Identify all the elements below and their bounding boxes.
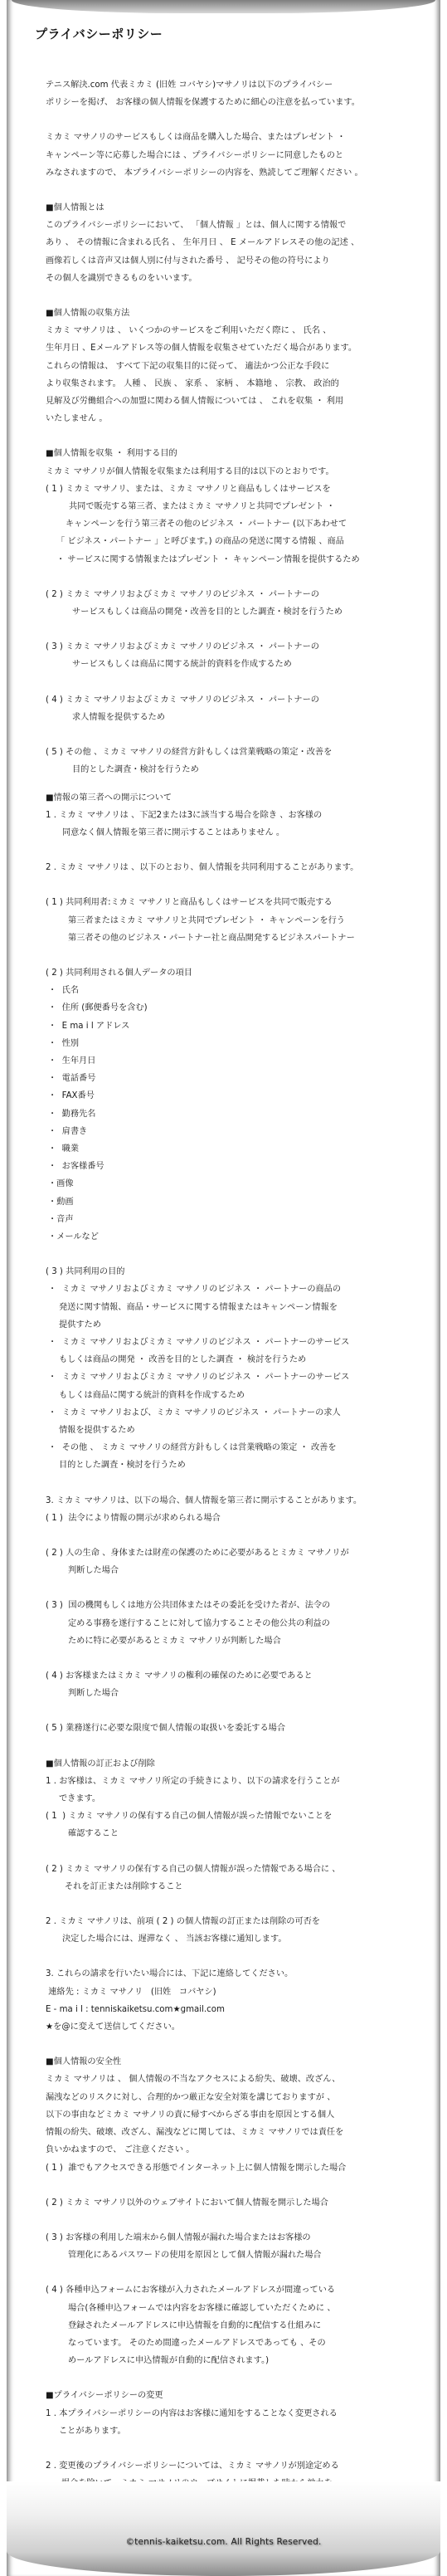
joint-users: ( 1 ) 共同利用者:ミカミ マサノリと商品もしくはサービスを共同で販売する bbox=[46, 894, 427, 911]
security-case-cont: 場合(各種申込フォームでは内容をお客様に確認していただくために 、 bbox=[46, 2300, 427, 2317]
section-heading: ■個人情報の安全性 bbox=[46, 2053, 427, 2071]
section-heading: ■個人情報を収集 ・ 利用する目的 bbox=[46, 445, 427, 462]
data-items-heading: ( 2 ) 共同利用される個人データの項目 bbox=[46, 964, 427, 982]
section-line: 情報の紛失、破壊、改ざん、漏洩などに関しては、ミカミ マサノリでは責任を bbox=[46, 2124, 427, 2141]
disclosure-item: 1 . ミカミ マサノリは 、下記2または3に該当する場合を除き 、お客様の bbox=[46, 807, 427, 824]
security-case: ( 1 ) 誰でもアクセスできる形態でインターネット上に個人情報を開示した場合 bbox=[46, 2159, 427, 2177]
joint-purpose-cont: もしくは商品の開発 ・ 改善を目的とした調査 ・ 検討を行うため bbox=[46, 1351, 427, 1368]
data-item: ・ 電話番号 bbox=[46, 1070, 427, 1087]
section-line: あり 、 その情報に含まれる氏名 、 生年月日 、 E メールアドレスその他の記… bbox=[46, 234, 427, 251]
section-line: このプライバシーポリシーにおいて、 「個人情報 」とは、個人に関する情報で bbox=[46, 217, 427, 234]
section-line: 画像若しくは音声又は個人別に付与された番号 、 記号その他の符号により bbox=[46, 252, 427, 270]
purpose-item-cont: サービスもしくは商品に関する統計的資料を作成するため bbox=[46, 656, 427, 673]
security-case: ( 4 ) 各種申込フォームにお客様が入力されたメールアドレスが間違っている bbox=[46, 2281, 427, 2299]
disclosure-item: 2 . ミカミ マサノリは 、以下のとおり、個人情報を共同利用することがあります… bbox=[46, 859, 427, 876]
section-line: これらの情報は、 すべて下記の収集目的に従って、 適法かつ公正な手段に bbox=[46, 358, 427, 375]
correction-request-cont: 確認すること bbox=[46, 1825, 427, 1842]
section-heading: ■個人情報とは bbox=[46, 199, 427, 217]
purpose-item: ( 1 ) ミカミ マサノリ、または、ミカミ マサノリと商品もしくはサービスを bbox=[46, 481, 427, 498]
disclosure-case: ( 1 ) 法令により情報の開示が求められる場合 bbox=[46, 1510, 427, 1527]
intro-line: ミカミ マサノリのサービスもしくは商品を購入した場合、またはプレゼント ・ bbox=[46, 129, 427, 146]
section-security: ■個人情報の安全性 ミカミ マサノリは 、 個人情報の不当なアクセスによる紛失、… bbox=[46, 2053, 427, 2369]
joint-purpose-cont: 情報を提供するため bbox=[46, 1422, 427, 1439]
correction-item-cont: 決定した場合には、遅滞なく 、 当該お客様に通知します。 bbox=[46, 1930, 427, 1948]
purpose-item-cont: 「 ビジネス・パートナー 」と呼びます。) の商品の発送に関する情報 、商品 bbox=[46, 533, 427, 550]
section-line: 見解及び労働組合への加盟に関わる個人情報については 、 これを収集 ・ 利用 bbox=[46, 393, 427, 410]
section-heading: ■プライバシーポリシーの変更 bbox=[46, 2387, 427, 2404]
changes-item-cont: ことがあります。 bbox=[46, 2422, 427, 2440]
section-line: より収集されます。 人種 、 民族 、 家系 、 家柄 、 本籍地 、 宗教、 … bbox=[46, 375, 427, 393]
data-item: ・動画 bbox=[46, 1193, 427, 1211]
purpose-item: ( 5 ) その他 、ミカミ マサノリの経営方針もしくは営業戦略の策定・改善を bbox=[46, 744, 427, 761]
data-item: ・ E ma i l アドレス bbox=[46, 1017, 427, 1035]
data-item: ・ 職業 bbox=[46, 1140, 427, 1158]
joint-purpose-cont: 目的とした調査・検討を行うため bbox=[46, 1456, 427, 1474]
security-case: ( 3 ) お客様の利用した端末から個人情報が漏れた場合またはお客様の bbox=[46, 2229, 427, 2247]
section-line: 負いかねますので、 ご注意ください 。 bbox=[46, 2141, 427, 2159]
correction-request: ( 1 ) ミカミ マサノリの保有する自己の個人情報が誤った情報でないことを bbox=[46, 1808, 427, 1825]
security-case-cont: 登録されたメールアドレスに申込情報を自動的に配信する仕組みに bbox=[46, 2317, 427, 2334]
contact-email-note: ★を@に変えて送信してください。 bbox=[46, 2018, 427, 2036]
intro-line: キャンペーン等に応募した場合には 、プライバシーポリシーに同意したものと bbox=[46, 147, 427, 164]
section-heading: ■情報の第三者への開示について bbox=[46, 789, 427, 807]
contact-email[interactable]: E - ma i l : tenniskaiketsu.com★gmail.co… bbox=[46, 2001, 427, 2018]
disclosure-case: ( 2 ) 人の生命 、身体または財産の保護のために必要があるとミカミ マサノリ… bbox=[46, 1544, 427, 1562]
joint-users-cont: 第三者またはミカミ マサノリと共同でプレゼント ・ キャンペーンを行う bbox=[46, 912, 427, 929]
section-line: ミカミ マサノリが個人情報を収集または利用する目的は以下のとおりです。 bbox=[46, 463, 427, 481]
section-line: 生年月日 、Eメールアドレス等の個人情報を収集させていただく場合があります。 bbox=[46, 339, 427, 357]
joint-purpose-heading: ( 3 ) 共同利用の目的 bbox=[46, 1263, 427, 1281]
data-item: ・ 肩書き bbox=[46, 1123, 427, 1140]
purpose-item-cont: ・ サービスに関する情報またはプレゼント ・ キャンペーン情報を提供するため bbox=[46, 551, 427, 568]
correction-item: 1 . お客様は、ミカミ マサノリ所定の手続きにより、以下の請求を行うことが bbox=[46, 1773, 427, 1790]
disclosure-case-cont: 定める事務を遂行することに対して協力することその他公共の利益の bbox=[46, 1615, 427, 1632]
disclosure-item-cont: 同意なく個人情報を第三者に開示することはありません 。 bbox=[46, 824, 427, 842]
security-case-cont: なっています。 そのため間違ったメールアドレスであっても 、その bbox=[46, 2334, 427, 2352]
section-line: ミカミ マサノリは 、 いくつかのサービスをご利用いただく際に 、 氏名 、 bbox=[46, 322, 427, 339]
disclosure-case: ( 4 ) お客様またはミカミ マサノリの権利の確保のために必要であると bbox=[46, 1667, 427, 1685]
footer-band bbox=[7, 2481, 440, 2576]
section-heading: ■個人情報の訂正および削除 bbox=[46, 1755, 427, 1773]
section-line: 以下の事由などミカミ マサノリの責に帰すべからざる事由を原因とする個人 bbox=[46, 2106, 427, 2124]
correction-item: 3. これらの請求を行いたい場合には、下記に連絡してください。 bbox=[46, 1965, 427, 1983]
purpose-item-cont: 求人情報を提供するため bbox=[46, 709, 427, 726]
section-line: 漏洩などのリスクに対し、合理的かつ厳正な安全対策を講じておりますが 、 bbox=[46, 2089, 427, 2106]
purpose-item: ( 4 ) ミカミ マサノリおよびミカミ マサノリのビジネス ・ パートナーの bbox=[46, 691, 427, 709]
section-definition: ■個人情報とは このプライバシーポリシーにおいて、 「個人情報 」とは、個人に関… bbox=[46, 199, 427, 287]
security-case-cont: 管理化にあるパスワードの使用を原因として個人情報が漏れた場合 bbox=[46, 2247, 427, 2264]
section-heading: ■個人情報の収集方法 bbox=[46, 305, 427, 322]
disclosure-case: ( 3 ) 国の機関もしくは地方公共団体またはその委託を受けた者が、法令の bbox=[46, 1597, 427, 1614]
disclosure-case: ( 5 ) 業務遂行に必要な限度で個人情報の取扱いを委託する場合 bbox=[46, 1720, 427, 1737]
purpose-item-cont: サービスもしくは商品の開発・改善を目的とした調査・検討を行うため bbox=[46, 603, 427, 621]
joint-purpose: ・ ミカミ マサノリおよびミカミ マサノリのビジネス ・ パートナーの商品の bbox=[46, 1281, 427, 1298]
data-item: ・ 性別 bbox=[46, 1035, 427, 1052]
policy-content: テニス解決.com 代表ミカミ (旧姓 コバヤシ)マサノリは以下のプライバシー … bbox=[46, 76, 427, 2510]
section-collection: ■個人情報の収集方法 ミカミ マサノリは 、 いくつかのサービスをご利用いただく… bbox=[46, 305, 427, 427]
correction-item-cont: できます。 bbox=[46, 1790, 427, 1808]
disclosure-case-cont: ために特に必要があるとミカミ マサノリが判断した場合 bbox=[46, 1632, 427, 1650]
joint-purpose-cont: もしくは商品に関する統計的資料を作成するため bbox=[46, 1387, 427, 1404]
joint-purpose: ・ ミカミ マサノリおよびミカミ マサノリのビジネス ・ パートナーのサービス bbox=[46, 1334, 427, 1351]
data-item: ・ お客様番号 bbox=[46, 1158, 427, 1175]
correction-request-cont: それを訂正または削除すること bbox=[46, 1878, 427, 1895]
joint-purpose: ・ ミカミ マサノリおよびミカミ マサノリのビジネス ・ パートナーのサービス bbox=[46, 1368, 427, 1386]
security-case-cont: めールアドレスに申込情報が自動的に配信されます。) bbox=[46, 2352, 427, 2369]
purpose-item-cont: 目的とした調査・検討を行うため bbox=[46, 761, 427, 778]
section-disclosure: ■情報の第三者への開示について 1 . ミカミ マサノリは 、下記2または3に該… bbox=[46, 789, 427, 1738]
joint-purpose: ・ その他 、 ミカミ マサノリの経営方針もしくは営業戦略の策定 ・ 改善を bbox=[46, 1439, 427, 1456]
security-case: ( 2 ) ミカミ マサノリ以外のウェブサイトにおいて個人情報を開示した場合 bbox=[46, 2194, 427, 2212]
contact-name: 連絡先 : ミカミ マサノリ (旧姓 コバヤシ) bbox=[46, 1983, 427, 2001]
purpose-item: ( 2 ) ミカミ マサノリおよびミカミ マサノリのビジネス ・ パートナーの bbox=[46, 586, 427, 603]
joint-users-cont: 第三者その他のビジネス・パートナー社と商品開発するビジネスパートナー bbox=[46, 929, 427, 947]
intro: テニス解決.com 代表ミカミ (旧姓 コバヤシ)マサノリは以下のプライバシー … bbox=[46, 76, 427, 182]
disclosure-item: 3. ミカミ マサノリは、以下の場合、個人情報を第三者に開示することがあります。 bbox=[46, 1492, 427, 1510]
purpose-item: ( 3 ) ミカミ マサノリおよびミカミ マサノリのビジネス ・ パートナーの bbox=[46, 638, 427, 656]
data-item: ・ 住所 (郵便番号を含む) bbox=[46, 999, 427, 1017]
data-item: ・ 氏名 bbox=[46, 982, 427, 999]
data-item: ・メールなど bbox=[46, 1228, 427, 1246]
intro-line: ポリシーを掲げ、 お客様の個人情報を保護するために細心の注意を払っています。 bbox=[46, 94, 427, 111]
changes-item: 2 . 変更後のプライバシーポリシーについては、ミカミ マサノリが別途定める bbox=[46, 2457, 427, 2475]
correction-request: ( 2 ) ミカミ マサノリの保有する自己の個人情報が誤った情報である場合に 、 bbox=[46, 1861, 427, 1878]
data-item: ・音声 bbox=[46, 1211, 427, 1228]
copyright: ©tennis-kaiketsu.com. All Rights Reserve… bbox=[0, 2537, 447, 2547]
data-item: ・ 勤務先名 bbox=[46, 1105, 427, 1123]
disclosure-case-cont: 判断した場合 bbox=[46, 1562, 427, 1579]
purpose-item-cont: 共同で販売する第三者、またはミカミ マサノリと共同でプレゼント ・ bbox=[46, 498, 427, 515]
section-line: いたしません 。 bbox=[46, 410, 427, 427]
intro-line: テニス解決.com 代表ミカミ (旧姓 コバヤシ)マサノリは以下のプライバシー bbox=[46, 76, 427, 94]
joint-purpose: ・ ミカミ マサノリおよび、ミカミ マサノリのビジネス ・ パートナーの求人 bbox=[46, 1404, 427, 1422]
correction-item: 2 . ミカミ マサノリは、前項 ( 2 ) の個人情報の訂正または削除の可否を bbox=[46, 1913, 427, 1930]
disclosure-case-cont: 判断した場合 bbox=[46, 1685, 427, 1702]
changes-item: 1 . 本プライバシーポリシーの内容はお客様に通知をすることなく変更される bbox=[46, 2405, 427, 2422]
joint-purpose-cont: 提供すため bbox=[46, 1316, 427, 1334]
page-title: プライバシーポリシー bbox=[35, 25, 163, 42]
section-purpose: ■個人情報を収集 ・ 利用する目的 ミカミ マサノリが個人情報を収集または利用す… bbox=[46, 445, 427, 778]
section-line: その個人を識別できるものをいいます。 bbox=[46, 270, 427, 287]
section-correction: ■個人情報の訂正および削除 1 . お客様は、ミカミ マサノリ所定の手続きにより… bbox=[46, 1755, 427, 2037]
data-item: ・画像 bbox=[46, 1175, 427, 1193]
data-item: ・ FAX番号 bbox=[46, 1087, 427, 1105]
section-line: ミカミ マサノリは 、 個人情報の不当なアクセスによる紛失、破壊、改ざん、 bbox=[46, 2071, 427, 2088]
data-item: ・ 生年月日 bbox=[46, 1052, 427, 1070]
purpose-item-cont: キャンペーンを行う第三者その他のビジネス ・ パートナー (以下あわせて bbox=[46, 515, 427, 533]
intro-line: みなされますので、 本プライバシーポリシーの内容を、熟読してご理解ください 。 bbox=[46, 164, 427, 182]
joint-purpose-cont: 発送に関す情報、商品・サービスに関する情報またはキャンペーン情報を bbox=[46, 1299, 427, 1316]
